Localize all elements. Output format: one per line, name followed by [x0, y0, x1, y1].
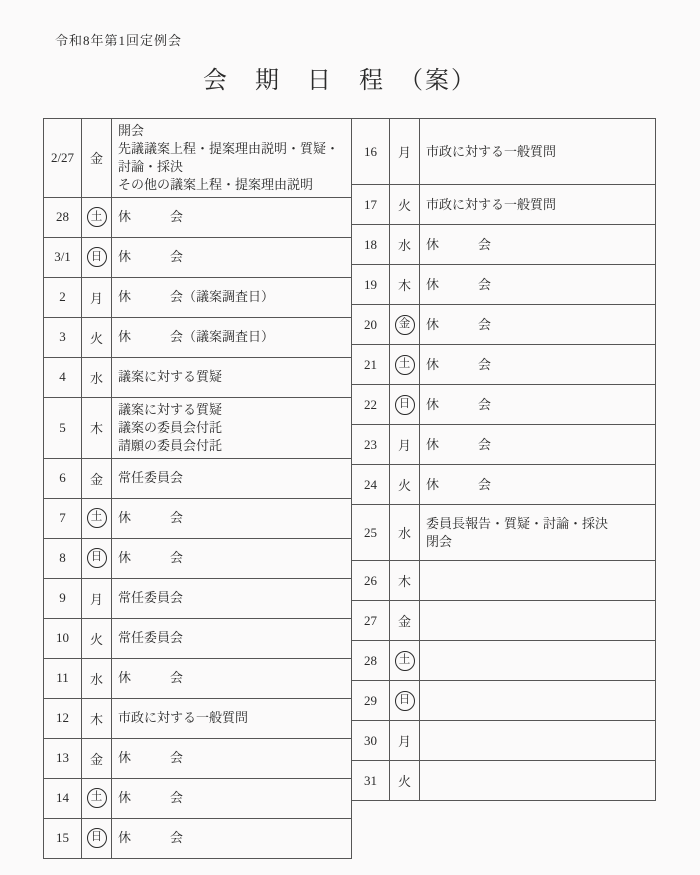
day-label: 金 [90, 151, 103, 166]
day-label: 月 [398, 734, 411, 749]
day-cell: 水 [390, 225, 420, 265]
page-title: 会 期 日 程 （案） [0, 60, 680, 95]
day-label: 水 [90, 672, 103, 687]
schedule-row: 2 月 休 会（議案調査日） [44, 277, 352, 317]
day-cell: 金 [82, 458, 112, 498]
date-cell: 20 [352, 305, 390, 345]
day-cell: 金 [82, 738, 112, 778]
agenda-cell: 休 会 [112, 778, 352, 818]
right-schedule-table: 16 月 市政に対する一般質問 17 火 市政に対する一般質問 18 水 休 会… [351, 118, 656, 801]
agenda-line: 休 会 [118, 208, 347, 226]
holiday-day-mark: 土 [87, 207, 107, 227]
date-cell: 19 [352, 265, 390, 305]
date-cell: 26 [352, 561, 390, 601]
holiday-day-mark: 日 [87, 247, 107, 267]
date-cell: 13 [44, 738, 82, 778]
day-cell: 日 [390, 385, 420, 425]
agenda-cell: 休 会 [420, 305, 656, 345]
schedule-row: 28 土 [352, 641, 656, 681]
schedule-row: 9 月 常任委員会 [44, 578, 352, 618]
agenda-cell: 休 会（議案調査日） [112, 277, 352, 317]
date-cell: 25 [352, 505, 390, 561]
agenda-line: 常任委員会 [118, 469, 347, 487]
agenda-cell: 常任委員会 [112, 458, 352, 498]
schedule-row: 17 火 市政に対する一般質問 [352, 185, 656, 225]
agenda-line: 休 会（議案調査日） [118, 328, 347, 346]
schedule-row: 11 水 休 会 [44, 658, 352, 698]
date-cell: 22 [352, 385, 390, 425]
schedule-row: 26 木 [352, 561, 656, 601]
day-label: 月 [398, 145, 411, 160]
agenda-cell: 休 会 [420, 225, 656, 265]
agenda-line: 休 会 [426, 316, 651, 334]
agenda-line: 休 会 [426, 236, 651, 254]
agenda-cell: 市政に対する一般質問 [420, 185, 656, 225]
day-label: 木 [90, 712, 103, 727]
holiday-day-mark: 土 [395, 651, 415, 671]
day-cell: 月 [390, 721, 420, 761]
day-cell: 日 [82, 538, 112, 578]
agenda-cell: 開会先議議案上程・提案理由説明・質疑・討論・採決その他の議案上程・提案理由説明 [112, 119, 352, 198]
date-cell: 5 [44, 397, 82, 458]
agenda-cell [420, 561, 656, 601]
session-label: 令和8年第1回定例会 [55, 30, 182, 49]
agenda-cell: 常任委員会 [112, 578, 352, 618]
date-cell: 8 [44, 538, 82, 578]
day-cell: 土 [82, 197, 112, 237]
date-cell: 3/1 [44, 237, 82, 277]
day-cell: 土 [390, 345, 420, 385]
day-cell: 火 [82, 618, 112, 658]
day-cell: 月 [82, 277, 112, 317]
agenda-cell: 休 会 [420, 385, 656, 425]
holiday-day-mark: 金 [395, 315, 415, 335]
agenda-line: 休 会 [118, 749, 347, 767]
date-cell: 11 [44, 658, 82, 698]
schedule-row: 10 火 常任委員会 [44, 618, 352, 658]
day-cell: 月 [82, 578, 112, 618]
agenda-cell: 休 会 [420, 265, 656, 305]
day-label: 金 [90, 472, 103, 487]
date-cell: 12 [44, 698, 82, 738]
schedule-row: 22 日 休 会 [352, 385, 656, 425]
agenda-line: 市政に対する一般質問 [426, 143, 651, 161]
day-label: 火 [90, 331, 103, 346]
agenda-cell [420, 641, 656, 681]
holiday-day-mark: 土 [395, 355, 415, 375]
schedule-row: 30 月 [352, 721, 656, 761]
day-label: 金 [90, 752, 103, 767]
date-cell: 18 [352, 225, 390, 265]
schedule-row: 31 火 [352, 761, 656, 801]
agenda-line: 市政に対する一般質問 [118, 709, 347, 727]
date-cell: 23 [352, 425, 390, 465]
day-label: 水 [398, 238, 411, 253]
date-cell: 24 [352, 465, 390, 505]
agenda-cell: 委員長報告・質疑・討論・採決閉会 [420, 505, 656, 561]
agenda-line: 請願の委員会付託 [118, 437, 347, 455]
agenda-cell: 休 会 [112, 237, 352, 277]
date-cell: 31 [352, 761, 390, 801]
day-label: 月 [90, 291, 103, 306]
agenda-line: 常任委員会 [118, 629, 347, 647]
agenda-line: 議案に対する質疑 [118, 368, 347, 386]
day-cell: 木 [390, 265, 420, 305]
agenda-line: 閉会 [426, 533, 651, 551]
holiday-day-mark: 土 [87, 788, 107, 808]
date-cell: 3 [44, 317, 82, 357]
left-schedule-table: 2/27 金 開会先議議案上程・提案理由説明・質疑・討論・採決その他の議案上程・… [43, 118, 352, 859]
agenda-line: 休 会 [426, 436, 651, 454]
schedule-row: 23 月 休 会 [352, 425, 656, 465]
day-cell: 水 [82, 357, 112, 397]
day-cell: 木 [390, 561, 420, 601]
agenda-cell: 常任委員会 [112, 618, 352, 658]
schedule-row: 3 火 休 会（議案調査日） [44, 317, 352, 357]
schedule-row: 25 水 委員長報告・質疑・討論・採決閉会 [352, 505, 656, 561]
date-cell: 2 [44, 277, 82, 317]
agenda-cell: 休 会 [112, 538, 352, 578]
date-cell: 16 [352, 119, 390, 185]
date-cell: 28 [44, 197, 82, 237]
agenda-cell: 休 会 [420, 425, 656, 465]
date-cell: 27 [352, 601, 390, 641]
agenda-line: その他の議案上程・提案理由説明 [118, 176, 347, 194]
day-cell: 月 [390, 425, 420, 465]
day-cell: 土 [390, 641, 420, 681]
holiday-day-mark: 土 [87, 508, 107, 528]
agenda-cell: 休 会（議案調査日） [112, 317, 352, 357]
day-cell: 日 [390, 681, 420, 721]
schedule-row: 20 金 休 会 [352, 305, 656, 345]
schedule-row: 21 土 休 会 [352, 345, 656, 385]
day-cell: 水 [82, 658, 112, 698]
date-cell: 10 [44, 618, 82, 658]
day-cell: 金 [82, 119, 112, 198]
agenda-cell [420, 601, 656, 641]
agenda-cell: 市政に対する一般質問 [112, 698, 352, 738]
date-cell: 6 [44, 458, 82, 498]
date-cell: 14 [44, 778, 82, 818]
agenda-line: 休 会 [118, 829, 347, 847]
day-label: 火 [398, 774, 411, 789]
agenda-cell [420, 681, 656, 721]
agenda-line: 休 会 [426, 356, 651, 374]
day-cell: 火 [390, 185, 420, 225]
schedule-row: 29 日 [352, 681, 656, 721]
date-cell: 28 [352, 641, 390, 681]
agenda-line: 休 会 [118, 549, 347, 567]
agenda-cell: 休 会 [112, 197, 352, 237]
agenda-line: 委員長報告・質疑・討論・採決 [426, 515, 651, 533]
schedule-row: 15 日 休 会 [44, 818, 352, 858]
agenda-line: 市政に対する一般質問 [426, 196, 651, 214]
day-cell: 土 [82, 498, 112, 538]
schedule-row: 4 水 議案に対する質疑 [44, 357, 352, 397]
agenda-line: 休 会 [426, 396, 651, 414]
day-cell: 月 [390, 119, 420, 185]
day-cell: 水 [390, 505, 420, 561]
day-cell: 日 [82, 818, 112, 858]
agenda-line: 休 会 [118, 509, 347, 527]
day-cell: 土 [82, 778, 112, 818]
date-cell: 15 [44, 818, 82, 858]
day-label: 木 [398, 278, 411, 293]
date-cell: 4 [44, 357, 82, 397]
schedule-row: 3/1 日 休 会 [44, 237, 352, 277]
agenda-line: 休 会 [118, 789, 347, 807]
schedule-row: 16 月 市政に対する一般質問 [352, 119, 656, 185]
agenda-line: 開会 [118, 122, 347, 140]
holiday-day-mark: 日 [87, 828, 107, 848]
agenda-cell [420, 761, 656, 801]
schedule-row: 19 木 休 会 [352, 265, 656, 305]
day-label: 木 [398, 574, 411, 589]
day-label: 月 [90, 592, 103, 607]
agenda-cell: 休 会 [112, 818, 352, 858]
schedule-row: 12 木 市政に対する一般質問 [44, 698, 352, 738]
day-cell: 日 [82, 237, 112, 277]
agenda-line: 議案の委員会付託 [118, 419, 347, 437]
day-cell: 金 [390, 601, 420, 641]
schedule-row: 18 水 休 会 [352, 225, 656, 265]
agenda-line: 休 会 [426, 276, 651, 294]
schedule-row: 6 金 常任委員会 [44, 458, 352, 498]
day-cell: 金 [390, 305, 420, 345]
day-label: 月 [398, 438, 411, 453]
agenda-cell: 休 会 [112, 498, 352, 538]
day-cell: 火 [82, 317, 112, 357]
day-cell: 火 [390, 465, 420, 505]
agenda-line: 常任委員会 [118, 589, 347, 607]
schedule-row: 7 土 休 会 [44, 498, 352, 538]
schedule-row: 13 金 休 会 [44, 738, 352, 778]
schedule-tables: 2/27 金 開会先議議案上程・提案理由説明・質疑・討論・採決その他の議案上程・… [43, 118, 656, 859]
schedule-row: 5 木 議案に対する質疑議案の委員会付託請願の委員会付託 [44, 397, 352, 458]
agenda-cell [420, 721, 656, 761]
date-cell: 21 [352, 345, 390, 385]
holiday-day-mark: 日 [395, 691, 415, 711]
schedule-row: 8 日 休 会 [44, 538, 352, 578]
agenda-cell: 議案に対する質疑 [112, 357, 352, 397]
agenda-cell: 市政に対する一般質問 [420, 119, 656, 185]
day-label: 金 [398, 614, 411, 629]
schedule-row: 14 土 休 会 [44, 778, 352, 818]
day-cell: 火 [390, 761, 420, 801]
agenda-line: 休 会 [426, 476, 651, 494]
date-cell: 7 [44, 498, 82, 538]
day-label: 水 [90, 371, 103, 386]
date-cell: 2/27 [44, 119, 82, 198]
day-label: 火 [398, 478, 411, 493]
schedule-row: 24 火 休 会 [352, 465, 656, 505]
agenda-line: 休 会（議案調査日） [118, 288, 347, 306]
agenda-line: 議案に対する質疑 [118, 401, 347, 419]
agenda-cell: 休 会 [420, 465, 656, 505]
holiday-day-mark: 日 [395, 395, 415, 415]
agenda-line: 休 会 [118, 248, 347, 266]
schedule-row: 2/27 金 開会先議議案上程・提案理由説明・質疑・討論・採決その他の議案上程・… [44, 119, 352, 198]
agenda-cell: 休 会 [112, 658, 352, 698]
day-label: 火 [90, 632, 103, 647]
agenda-cell: 休 会 [112, 738, 352, 778]
agenda-line: 休 会 [118, 669, 347, 687]
day-label: 火 [398, 198, 411, 213]
date-cell: 29 [352, 681, 390, 721]
agenda-cell: 休 会 [420, 345, 656, 385]
day-label: 水 [398, 526, 411, 541]
day-cell: 木 [82, 397, 112, 458]
holiday-day-mark: 日 [87, 548, 107, 568]
schedule-row: 28 土 休 会 [44, 197, 352, 237]
date-cell: 30 [352, 721, 390, 761]
date-cell: 9 [44, 578, 82, 618]
day-cell: 木 [82, 698, 112, 738]
schedule-row: 27 金 [352, 601, 656, 641]
date-cell: 17 [352, 185, 390, 225]
agenda-line: 先議議案上程・提案理由説明・質疑・討論・採決 [118, 140, 347, 176]
agenda-cell: 議案に対する質疑議案の委員会付託請願の委員会付託 [112, 397, 352, 458]
day-label: 木 [90, 421, 103, 436]
